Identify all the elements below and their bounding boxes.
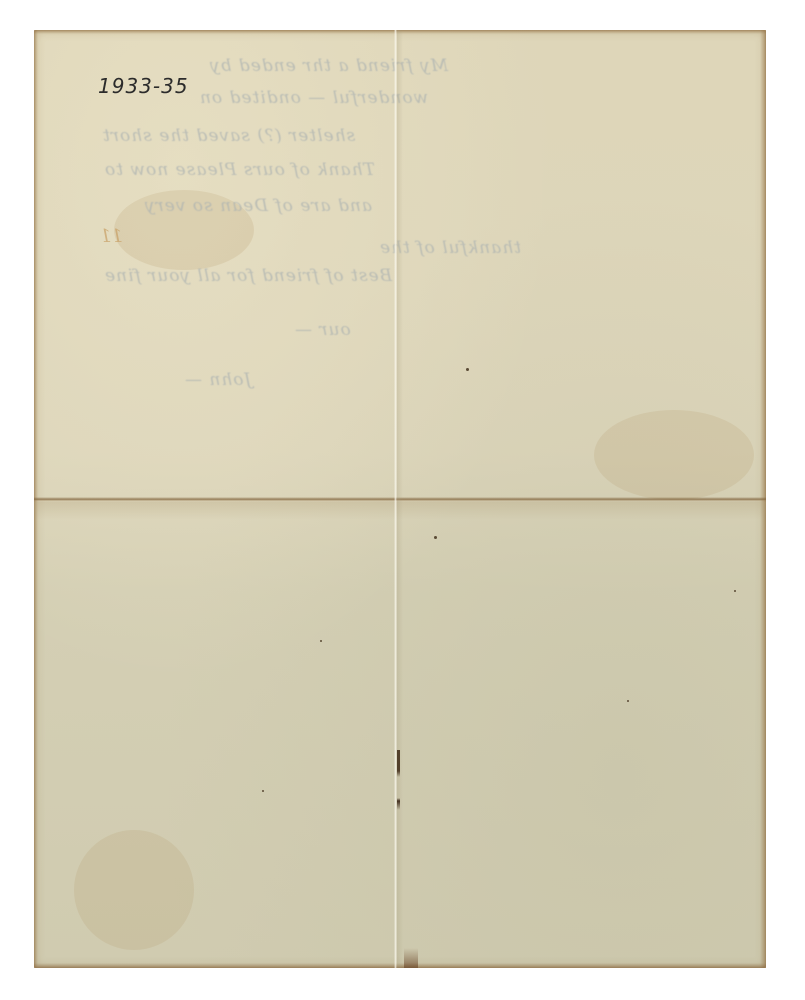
vertical-fold-crease: [394, 30, 397, 968]
paper-speck: [734, 590, 736, 592]
paper-speck: [627, 700, 629, 702]
fold-tear: [397, 750, 400, 810]
paper-speck: [434, 536, 437, 539]
bleed-through-line: our —: [294, 320, 351, 340]
age-stain: [74, 830, 194, 950]
pencil-date-annotation: 1933-35: [98, 74, 189, 98]
bleed-through-line: and are of Dean so very: [144, 196, 372, 216]
age-stain: [594, 410, 754, 500]
letter-sheet: My friend a thr ended by wonderful — ond…: [34, 30, 766, 968]
paper-speck: [262, 790, 264, 792]
paper-speck: [466, 368, 469, 371]
bleed-through-line: shelter (?) saved the short: [102, 126, 355, 146]
bleed-through-line: John —: [184, 370, 251, 390]
vertical-fold-shade: [397, 30, 403, 968]
bleed-through-line: Best of friend for all your fine: [104, 266, 392, 286]
margin-mark: 11: [100, 226, 123, 247]
bleed-through-line: My friend a thr ended by: [209, 56, 448, 76]
paper-speck: [320, 640, 322, 642]
bottom-edge-nick: [404, 948, 418, 968]
bleed-through-line: Thank of ours Please now to: [104, 160, 375, 180]
